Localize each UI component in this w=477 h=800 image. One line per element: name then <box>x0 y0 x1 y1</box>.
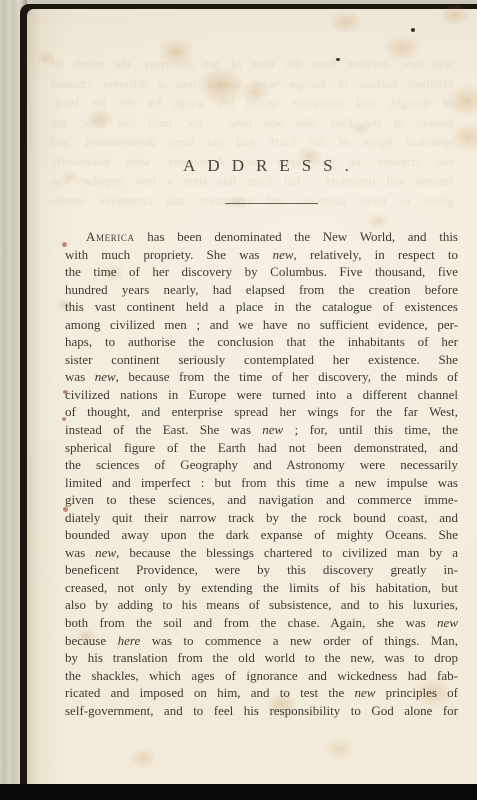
scanned-book-photo: { "document": { "title": "ADDRESS.", "bo… <box>0 0 477 800</box>
text-line: also by adding to his means of subsisten… <box>65 596 458 614</box>
text-line: self-government, and to feel his respons… <box>65 702 458 720</box>
text-line: spherical figure of the Earth had not be… <box>65 439 458 457</box>
text-line: this vast continent held a place in the … <box>65 298 458 316</box>
text-line: creased, not only by extending the limit… <box>65 579 458 597</box>
show-through-text: was new, because from the time of her di… <box>51 54 453 210</box>
text-line: among civilized men ; and we have no suf… <box>65 316 458 334</box>
text-line: haps, to authorise the conclusion that t… <box>65 333 458 351</box>
title-rule <box>225 203 318 204</box>
text-line: bounded away upon the dark expanse of mi… <box>65 526 458 544</box>
text-line: sister continent seriously contemplated … <box>65 351 458 369</box>
text-line: the sciences of Geography and Astronomy … <box>65 456 458 474</box>
text-line: beneficent Providence, were by this disc… <box>65 561 458 579</box>
text-line: was new, because from the time of her di… <box>65 368 458 386</box>
text-line: civilized nations in Europe were turned … <box>65 386 458 404</box>
photo-background: was new, because from the time of her di… <box>0 0 477 800</box>
text-line: with much propriety. She was new, relati… <box>65 246 458 264</box>
page-title: ADDRESS. <box>41 156 477 176</box>
text-line: America has been denominated the New Wor… <box>65 228 458 246</box>
text-line: ricated and imposed on him, and to test … <box>65 684 458 702</box>
text-line: hundred years nearly, had elapsed from t… <box>65 281 458 299</box>
text-line: diately quit their narrow track by the r… <box>65 509 458 527</box>
text-line: because here was to commence a new order… <box>65 632 458 650</box>
photo-bottom-band <box>0 784 477 800</box>
text-line: the time of her discovery by Columbus. F… <box>65 263 458 281</box>
text-line: instead of the East. She was new ; for, … <box>65 421 458 439</box>
text-line: both from the soil and from the chase. A… <box>65 614 458 632</box>
text-line: given to these sciences, and navigation … <box>65 491 458 509</box>
text-line: the shackles, which ages of ignorance an… <box>65 667 458 685</box>
text-line: was new, because the blessings chartered… <box>65 544 458 562</box>
text-line: by his translation from the old world to… <box>65 649 458 667</box>
text-line: limited and imperfect : but from this ti… <box>65 474 458 492</box>
address-paragraph: America has been denominated the New Wor… <box>65 228 458 719</box>
text-line: of thought, and enterprise spread her wi… <box>65 403 458 421</box>
book-page: was new, because from the time of her di… <box>27 9 477 784</box>
